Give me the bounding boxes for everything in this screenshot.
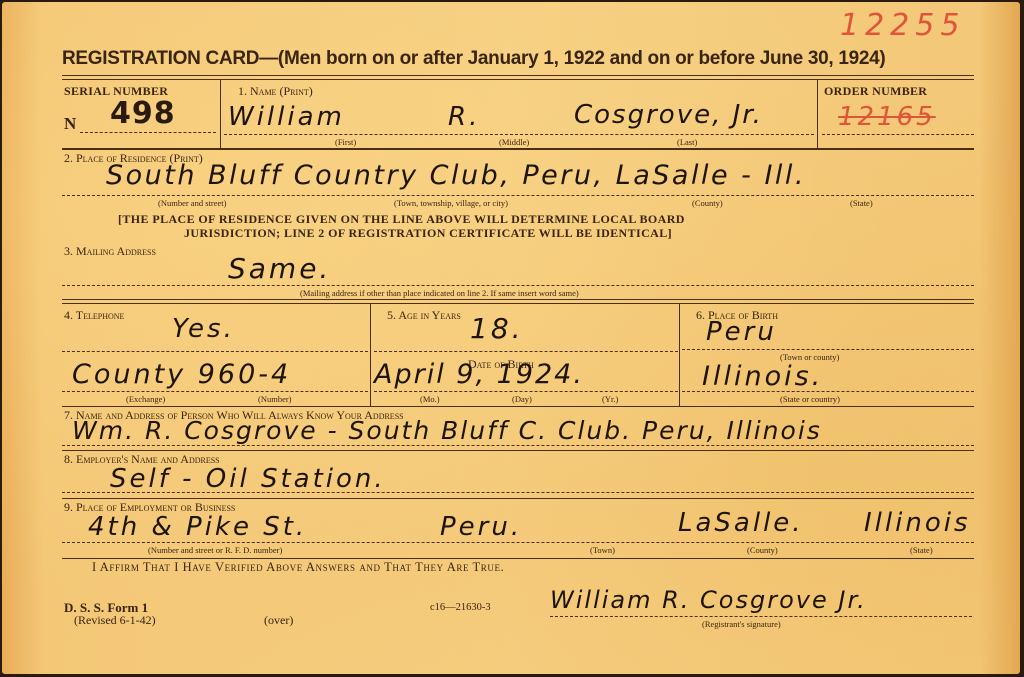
mailing-caption: (Mailing address if other than place ind… xyxy=(300,288,579,298)
telephone-line-a xyxy=(62,351,368,352)
employment-state: Illinois xyxy=(864,508,971,538)
print-code: c16—21630-3 xyxy=(430,602,491,613)
registration-card: 12255 REGISTRATION CARD—(Men born on or … xyxy=(2,2,1020,674)
row-divider-6 xyxy=(62,558,974,559)
dob-line xyxy=(374,391,678,392)
residence-line xyxy=(62,195,974,196)
birth-state-caption: (State or country) xyxy=(780,394,840,404)
contact-value: Wm. R. Cosgrove - South Bluff C. Club. P… xyxy=(72,416,822,445)
title-divider xyxy=(62,75,974,80)
order-number-label: ORDER NUMBER xyxy=(824,84,927,99)
age-birth-divider xyxy=(679,304,680,406)
state-caption: (State) xyxy=(850,198,873,208)
employment-line xyxy=(62,542,974,543)
town-caption: (Town, township, village, or city) xyxy=(394,198,508,208)
exchange-caption: (Exchange) xyxy=(126,394,165,404)
stamp-number: 12255 xyxy=(840,8,965,43)
employment-town-caption: (Town) xyxy=(590,545,615,555)
employment-street: 4th & Pike St. xyxy=(88,512,307,542)
order-line xyxy=(822,134,974,135)
signature-line xyxy=(550,616,972,617)
number-caption: (Number) xyxy=(258,394,292,404)
signature-caption: (Registrant's signature) xyxy=(702,619,781,629)
dob-value: April 9, 1924. xyxy=(374,359,584,390)
order-number-value: 12165 xyxy=(838,102,936,132)
telephone-label: 4. Telephone xyxy=(64,308,124,323)
middle-name: R. xyxy=(448,102,480,132)
order-divider xyxy=(817,80,818,148)
birth-town: Peru xyxy=(706,317,777,347)
row-divider-4 xyxy=(62,450,974,451)
employment-state-caption: (State) xyxy=(910,545,933,555)
serial-prefix: N xyxy=(64,114,76,134)
first-caption: (First) xyxy=(335,137,356,147)
middle-caption: (Middle) xyxy=(499,137,529,147)
telephone-line-b xyxy=(62,391,368,392)
mailing-label: 3. Mailing Address xyxy=(64,244,156,259)
telephone-line1: Yes. xyxy=(172,314,235,344)
last-caption: (Last) xyxy=(677,137,697,147)
mailing-value: Same. xyxy=(228,252,331,285)
birth-state-line xyxy=(682,391,974,392)
age-line xyxy=(374,351,678,352)
residence-value: South Bluff Country Club, Peru, LaSalle … xyxy=(106,160,806,191)
age-value: 18. xyxy=(470,312,524,345)
telephone-line2: County 960-4 xyxy=(72,359,291,390)
county-caption: (County) xyxy=(692,198,723,208)
mailing-line xyxy=(62,285,974,286)
birth-state: Illinois. xyxy=(702,361,823,392)
tel-age-divider xyxy=(370,304,371,406)
card-title: REGISTRATION CARD—(Men born on or after … xyxy=(62,48,885,70)
birth-town-line xyxy=(682,349,974,350)
street-caption: (Number and street) xyxy=(158,198,226,208)
employer-line xyxy=(62,492,974,493)
employment-county: LaSalle. xyxy=(678,508,804,538)
registrant-signature: William R. Cosgrove Jr. xyxy=(550,586,867,614)
affirmation-text: I Affirm That I Have Verified Above Answ… xyxy=(92,560,504,575)
serial-divider xyxy=(220,80,221,148)
employment-county-caption: (County) xyxy=(747,545,778,555)
employment-street-caption: (Number and street or R. F. D. number) xyxy=(148,545,282,555)
row-divider-3 xyxy=(62,406,974,407)
name-line xyxy=(224,134,814,135)
form-revised: (Revised 6-1-42) xyxy=(74,613,156,628)
last-name: Cosgrove, Jr. xyxy=(574,100,763,130)
serial-line xyxy=(80,132,216,133)
residence-notice-line2: JURISDICTION; LINE 2 OF REGISTRATION CER… xyxy=(184,226,672,241)
row-divider-1 xyxy=(62,148,974,150)
row-divider-2 xyxy=(62,299,974,304)
age-label: 5. Age in Years xyxy=(387,308,461,323)
over-note: (over) xyxy=(264,613,293,628)
name-label: 1. Name (Print) xyxy=(238,84,313,99)
serial-number-value: 498 xyxy=(110,96,176,131)
residence-notice-line1: [THE PLACE OF RESIDENCE GIVEN ON THE LIN… xyxy=(118,212,685,227)
employment-town: Peru. xyxy=(440,512,522,542)
contact-line xyxy=(62,445,974,446)
yr-caption: (Yr.) xyxy=(602,394,618,404)
row-divider-5 xyxy=(62,498,974,499)
mo-caption: (Mo.) xyxy=(420,394,440,404)
employer-value: Self - Oil Station. xyxy=(110,464,386,494)
first-name: William xyxy=(228,102,345,132)
day-caption: (Day) xyxy=(512,394,532,404)
